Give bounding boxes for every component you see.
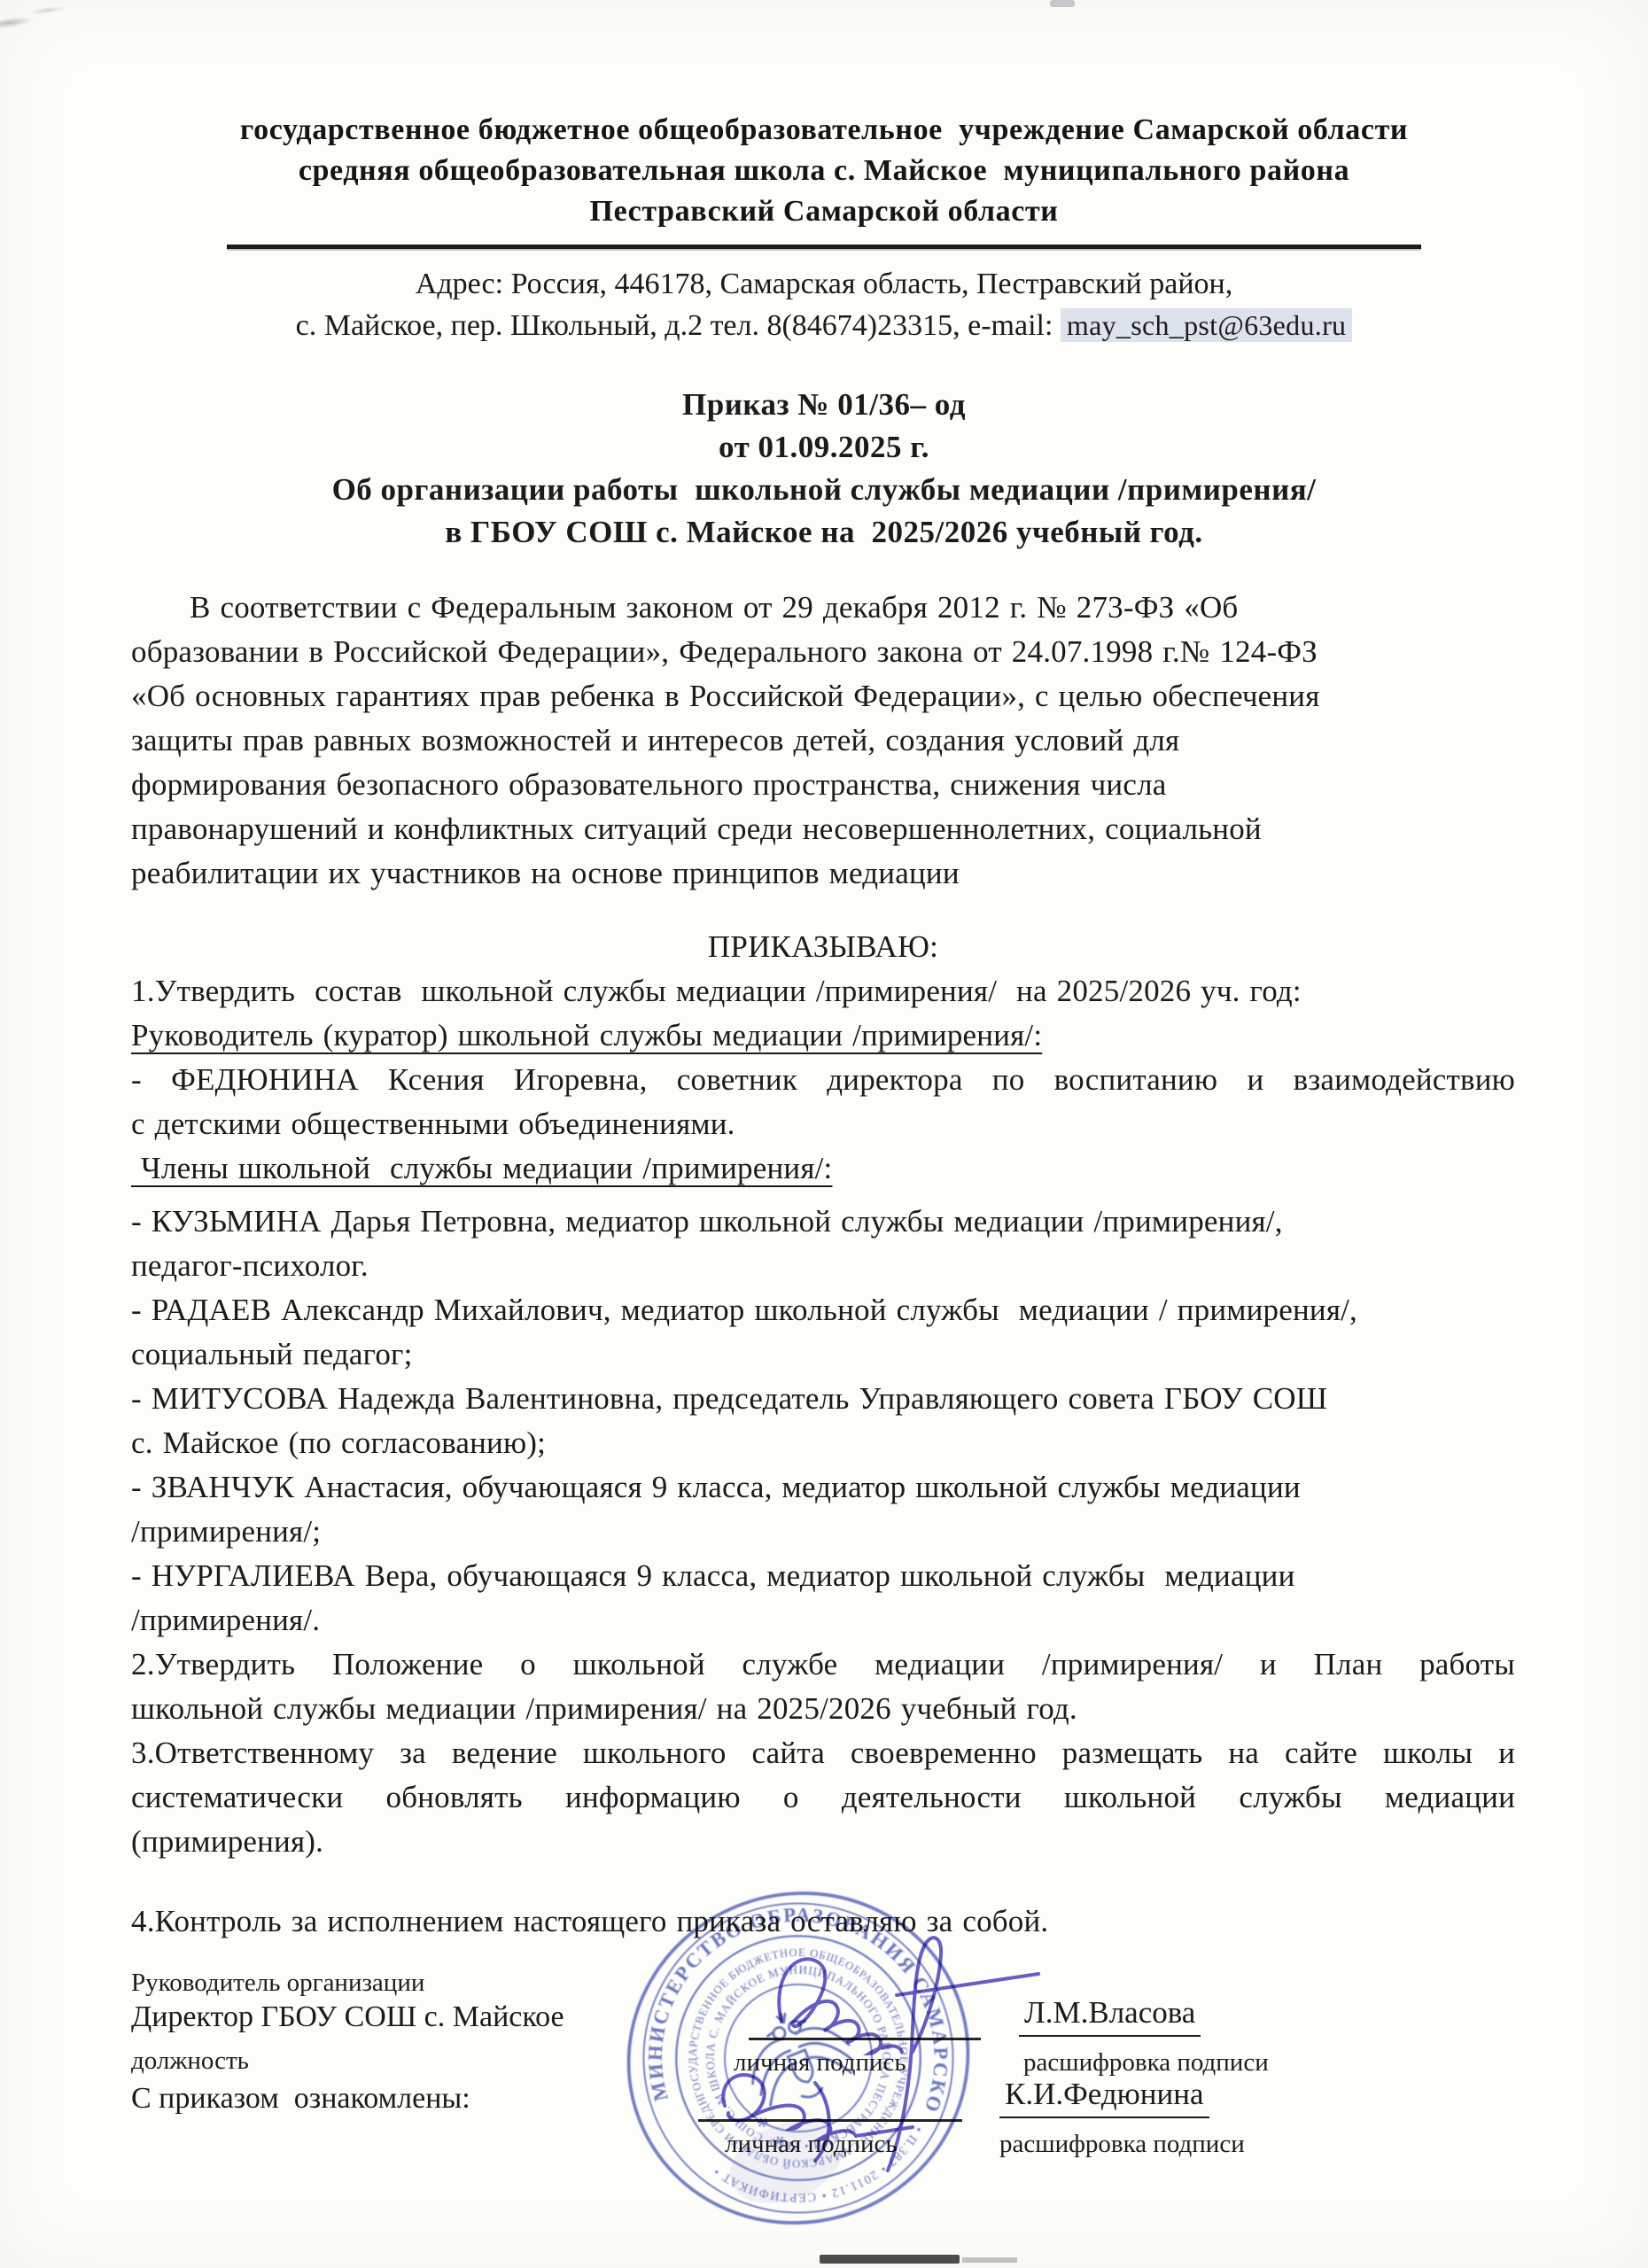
signature-position-label: должность [131,2047,249,2076]
body-text-line: «Об основных гарантиях прав ребенка в Ро… [131,674,1515,718]
email-text: may_sch_pst@63edu.ru [1061,308,1352,342]
org-name-line: Пестравский Самарской области [0,191,1648,232]
order-subject-line: Об организации работы школьной службы ме… [0,469,1648,511]
scanned-order-document: государственное бюджетное общеобразовате… [0,0,1648,2268]
order-number-line: Приказ № 01/36– од [0,384,1648,426]
body-text-line: /примирения/; [131,1510,1515,1554]
body-text-line: - НУРГАЛИЕВА Вера, обучающаяся 9 класса,… [131,1554,1515,1598]
body-text-line: с. Майское (по согласованию); [131,1421,1515,1465]
scan-bottom-bar-artifact [820,2255,960,2264]
body-text-line: с детскими общественными объединениями. [131,1102,1515,1146]
body-text-line: защиты прав равных возможностей и интере… [131,718,1515,763]
order-body: В соответствии с Федеральным законом от … [131,586,1515,1944]
body-text-line: 1.Утвердить состав школьной службы медиа… [131,969,1515,1014]
org-address: Адрес: Россия, 446178, Самарская область… [0,263,1648,346]
acquainted-label: С приказом ознакомлены: [131,2082,470,2116]
address-line-prefix: с. Майское, пер. Школьный, д.2 тел. 8(84… [296,309,1061,342]
org-name-line: средняя общеобразовательная школа с. Май… [0,151,1648,191]
body-text-line: Руководитель (куратор) школьной службы м… [131,1014,1515,1058]
handwritten-signatures [496,1887,1170,2206]
body-text-line: (примирения). [131,1820,1515,1864]
scan-mark-artifact [1050,0,1075,7]
body-text-line: реабилитации их участников на основе при… [131,851,1515,896]
header-divider-rule [227,245,1421,249]
body-text-line: социальный педагог; [131,1332,1515,1377]
org-header: государственное бюджетное общеобразовате… [0,110,1648,232]
acquainted-signature-ink [723,2075,913,2161]
body-text-line: 3.Ответственному за ведение школьного са… [131,1731,1515,1775]
body-text-line: - ЗВАНЧУК Анастасия, обучающаяся 9 класс… [131,1465,1515,1510]
signature-org-label: Руководитель организации [131,1969,424,1998]
body-text-line: Члены школьной службы медиации /примирен… [131,1146,1515,1191]
body-text-line: - МИТУСОВА Надежда Валентиновна, председ… [131,1377,1515,1421]
body-text-line: - ФЕДЮНИНА Ксения Игоревна, советник дир… [131,1058,1515,1102]
address-line: Адрес: Россия, 446178, Самарская область… [0,263,1648,305]
body-text-line: школьной службы медиации /примирения/ на… [131,1687,1515,1731]
body-text-line: педагог-психолог. [131,1244,1515,1288]
director-signature-ink [779,1938,1038,2171]
body-text-line: формирования безопасного образовательног… [131,763,1515,807]
scan-smudge-artifact [0,0,74,46]
body-text-line: /примирения/. [131,1598,1515,1643]
body-text-line: систематически обновлять информацию о де… [131,1775,1515,1820]
body-text-line: 2.Утвердить Положение о школьной службе … [131,1643,1515,1687]
scan-bottom-bar-artifact [962,2257,1017,2263]
body-text-line: В соответствии с Федеральным законом от … [131,586,1515,630]
body-text-line: ПРИКАЗЫВАЮ: [131,925,1515,969]
body-text-line: - РАДАЕВ Александр Михайлович, медиатор … [131,1288,1515,1332]
address-line: с. Майское, пер. Школьный, д.2 тел. 8(84… [0,305,1648,346]
order-title-block: Приказ № 01/36– одот 01.09.2025 г.Об орг… [0,384,1648,554]
body-text-line: - КУЗЬМИНА Дарья Петровна, медиатор школ… [131,1200,1515,1244]
body-text-line: правонарушений и конфликтных ситуаций ср… [131,807,1515,851]
body-text-line: образовании в Российской Федерации», Фед… [131,630,1515,674]
org-name-line: государственное бюджетное общеобразовате… [0,110,1648,151]
order-subject-line: в ГБОУ СОШ с. Майское на 2025/2026 учебн… [0,511,1648,554]
order-date-line: от 01.09.2025 г. [0,426,1648,469]
